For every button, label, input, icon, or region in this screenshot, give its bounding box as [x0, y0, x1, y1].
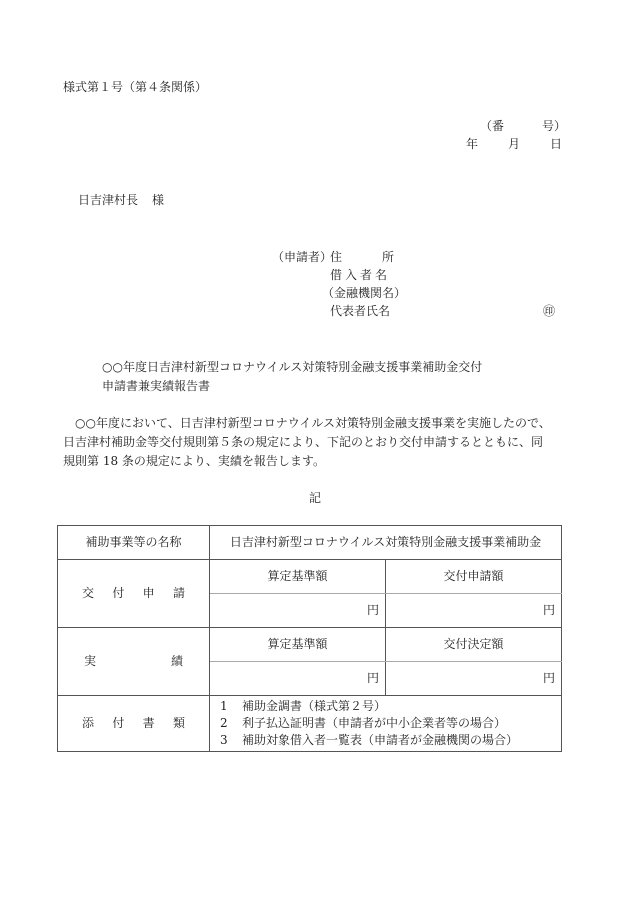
results-base-amount-field[interactable]: 円	[210, 662, 386, 696]
addressee-name: 日吉津村長	[78, 193, 138, 207]
table-row-application-header: 交 付 申 請 算定基準額 交付申請額	[58, 560, 562, 594]
address-label-a: 住	[330, 250, 342, 264]
date-day: 日	[550, 137, 562, 151]
number-close: 号）	[542, 119, 566, 133]
body-line: 日吉津村補助金等交付規則第５条の規定により、下記のとおり交付申請するとともに、同	[63, 433, 583, 452]
list-item: 3補助対象借入者一覧表（申請者が金融機関の場合）	[220, 732, 555, 749]
attachments-list: 1補助金調書（様式第２号） 2利子払込証明書（申請者が中小企業者等の場合） 3補…	[210, 696, 562, 752]
item-number: 1	[220, 698, 242, 715]
label-char: 書	[143, 716, 155, 731]
label-char: 請	[173, 586, 185, 601]
application-table: 補助事業等の名称 日吉津村新型コロナウイルス対策特別金融支援事業補助金 交 付 …	[57, 525, 562, 752]
label-char: 交	[82, 586, 94, 601]
project-name-value: 日吉津村新型コロナウイルス対策特別金融支援事業補助金	[210, 526, 562, 560]
application-base-amount-field[interactable]: 円	[210, 594, 386, 628]
application-requested-amount-header: 交付申請額	[386, 560, 562, 594]
representative-name-label: 代表者氏名	[330, 304, 390, 318]
date-field: 年月日	[466, 137, 562, 151]
form-number: 様式第１号（第４条関係）	[63, 80, 207, 94]
financial-institution-label: （金融機関名）	[322, 286, 406, 300]
table-row-attachments: 添 付 書 類 1補助金調書（様式第２号） 2利子払込証明書（申請者が中小企業者…	[58, 696, 562, 752]
document-number-field: （番号）	[480, 119, 566, 133]
number-open: （番	[480, 119, 504, 133]
item-text: 利子払込証明書（申請者が中小企業者等の場合）	[242, 716, 506, 730]
date-year: 年	[466, 137, 478, 151]
table-row-results-header: 実 績 算定基準額 交付決定額	[58, 628, 562, 662]
applicant-tag: （申請者）	[272, 250, 332, 264]
item-number: 2	[220, 715, 242, 732]
project-name-label: 補助事業等の名称	[58, 526, 210, 560]
list-item: 1補助金調書（様式第２号）	[220, 698, 555, 715]
results-decided-amount-header: 交付決定額	[386, 628, 562, 662]
date-month: 月	[508, 137, 520, 151]
document-title-line2: 申請書兼実績報告書	[102, 379, 210, 393]
applicant-address-label: 住所	[330, 250, 394, 264]
attachments-label: 添 付 書 類	[58, 696, 210, 752]
label-char: 績	[171, 654, 183, 669]
results-base-amount-header: 算定基準額	[210, 628, 386, 662]
ki-heading: 記	[309, 491, 321, 505]
item-number: 3	[220, 732, 242, 749]
table-row-project-name: 補助事業等の名称 日吉津村新型コロナウイルス対策特別金融支援事業補助金	[58, 526, 562, 560]
borrower-name-label: 借入者名	[330, 268, 390, 282]
label-char: 申	[143, 586, 155, 601]
address-label-b: 所	[382, 250, 394, 264]
document-title-line1: ○○年度日吉津村新型コロナウイルス対策特別金融支援事業補助金交付	[102, 360, 482, 374]
body-paragraph: ○○年度において、日吉津村新型コロナウイルス対策特別金融支援事業を実施したので、…	[63, 414, 583, 471]
application-base-amount-header: 算定基準額	[210, 560, 386, 594]
application-requested-amount-field[interactable]: 円	[386, 594, 562, 628]
label-char: 付	[112, 586, 124, 601]
addressee-honorific: 様	[152, 193, 164, 207]
addressee: 日吉津村長様	[78, 193, 164, 207]
body-line: ○○年度において、日吉津村新型コロナウイルス対策特別金融支援事業を実施したので、	[63, 414, 583, 433]
label-char: 類	[173, 716, 185, 731]
label-char: 添	[82, 716, 94, 731]
label-char: 付	[112, 716, 124, 731]
body-line: 規則第 18 条の規定により、実績を報告します。	[63, 452, 583, 471]
item-text: 補助金調書（様式第２号）	[242, 699, 386, 713]
results-decided-amount-field[interactable]: 円	[386, 662, 562, 696]
results-label: 実 績	[58, 628, 210, 696]
seal-icon: ㊞	[543, 304, 555, 318]
application-label: 交 付 申 請	[58, 560, 210, 628]
list-item: 2利子払込証明書（申請者が中小企業者等の場合）	[220, 715, 555, 732]
label-char: 実	[84, 654, 96, 669]
item-text: 補助対象借入者一覧表（申請者が金融機関の場合）	[242, 733, 518, 747]
